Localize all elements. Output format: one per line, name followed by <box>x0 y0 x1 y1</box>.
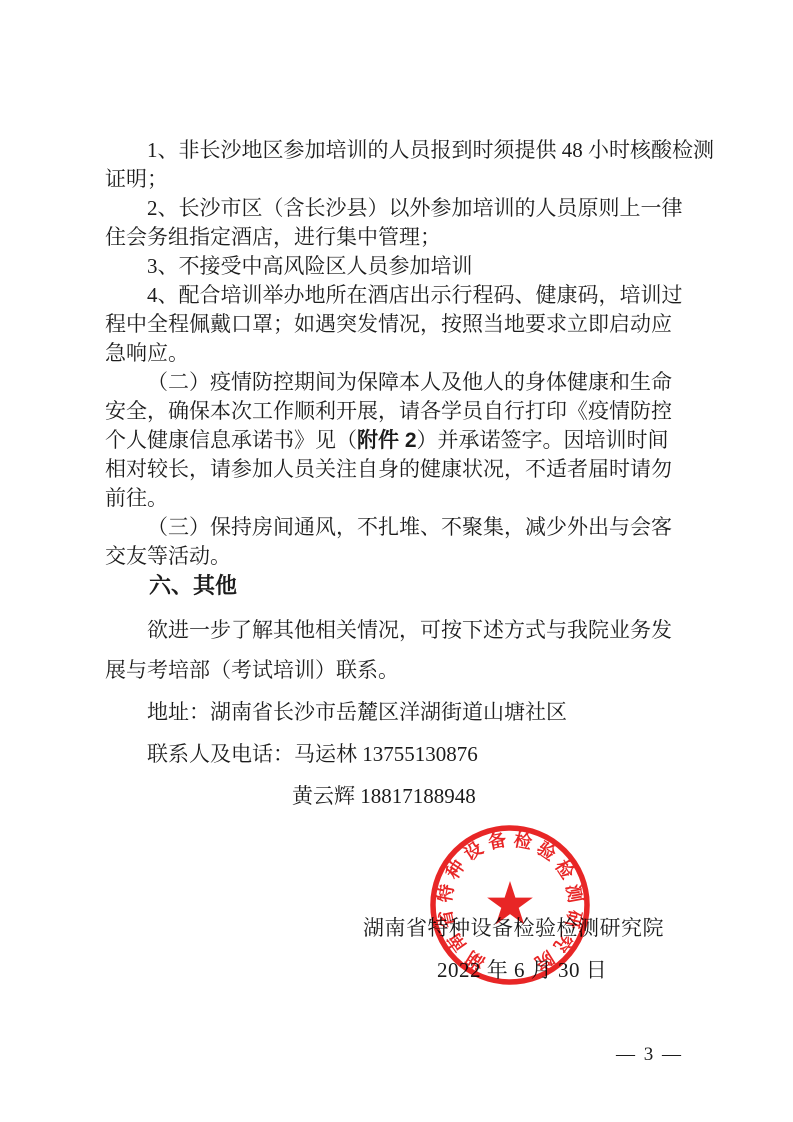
svg-text:检: 检 <box>551 856 579 883</box>
paragraph-item-3: 3、不接受中高风险区人员参加培训 <box>105 252 725 281</box>
contact-line-2: 黄云辉 18817188948 <box>105 782 725 811</box>
svg-text:特: 特 <box>434 883 458 904</box>
paragraph-covid-3: （三）保持房间通风，不扎堆、不聚集，减少外出与会客 交友等活动。 <box>105 513 725 571</box>
signature-date: 2022 年 6 月 30 日 <box>437 956 607 985</box>
document-body: 1、非长沙地区参加培训的人员报到时须提供 48 小时核酸检测 证明； 2、长沙市… <box>105 136 725 811</box>
svg-text:测: 测 <box>563 883 586 904</box>
svg-text:检: 检 <box>512 829 535 853</box>
attachment-2-reference: 附件 2 <box>357 429 417 452</box>
svg-text:种: 种 <box>441 856 469 883</box>
document-page: 1、非长沙地区参加培训的人员报到时须提供 48 小时核酸检测 证明； 2、长沙市… <box>0 0 793 1122</box>
signature-org: 湖南省特种设备检验检测研究院 <box>363 914 664 943</box>
svg-text:备: 备 <box>486 829 508 853</box>
paragraph-item-1: 1、非长沙地区参加培训的人员报到时须提供 48 小时核酸检测 证明； <box>105 136 725 194</box>
contact-line-1: 联系人及电话：马运林 13755130876 <box>105 740 725 769</box>
paragraph-item-2: 2、长沙市区（含长沙县）以外参加培训的人员原则上一律 住会务组指定酒店，进行集中… <box>105 194 725 252</box>
paragraph-covid-2: （二）疫情防控期间为保障本人及他人的身体健康和生命 安全，确保本次工作顺利开展，… <box>105 368 725 513</box>
seal-arc-text: 湖南省特种设备检验检测研究院 <box>434 829 586 975</box>
paragraph-further-info: 欲进一步了解其他相关情况，可按下述方式与我院业务发 展与考培部（考试培训）联系。 <box>105 610 725 690</box>
paragraph-item-4: 4、配合培训举办地所在酒店出示行程码、健康码，培训过 程中全程佩戴口罩；如遇突发… <box>105 281 725 368</box>
page-number: — 3 — <box>616 1044 683 1066</box>
address-line: 地址：湖南省长沙市岳麓区洋湖街道山塘社区 <box>105 698 725 727</box>
svg-text:验: 验 <box>533 837 560 864</box>
svg-text:设: 设 <box>460 837 487 864</box>
section-heading-six-other: 六、其他 <box>105 571 725 600</box>
